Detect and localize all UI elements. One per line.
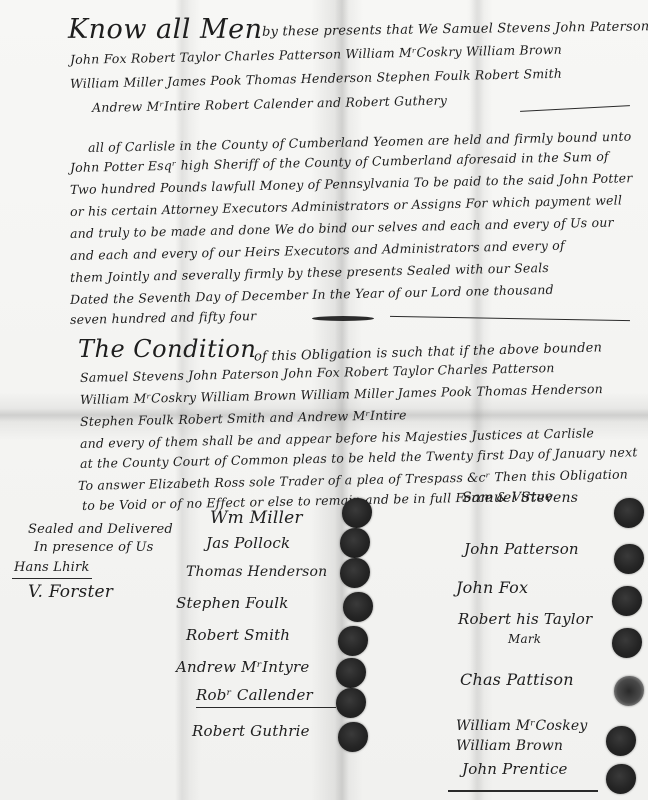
- attestation-line-2: In presence of Us: [34, 540, 154, 555]
- signature-left-2: Jas Pollock: [206, 534, 290, 552]
- signature-left-6: Andrew MʳIntyre: [176, 658, 309, 676]
- signature-left-5: Robert Smith: [186, 626, 290, 644]
- signature-left-4: Stephen Foulk: [176, 594, 289, 612]
- witness-underline: [12, 578, 92, 579]
- witness-signature-2: V. Forster: [28, 582, 113, 602]
- document-heading-opening: Know all Men: [68, 14, 262, 45]
- signature-left-8: Robert Guthrie: [192, 722, 310, 740]
- signature-right-7: William Brown: [456, 738, 563, 754]
- witness-signature-1: Hans Lhirk: [14, 560, 90, 575]
- signature-underline: [196, 707, 336, 708]
- signature-right-3: John Fox: [456, 578, 528, 597]
- signature-right-5: Chas Pattison: [460, 670, 574, 689]
- ink-blot: [312, 316, 374, 321]
- condition-heading-opening: The Condition: [78, 335, 256, 363]
- signature-right-mark: Mark: [508, 632, 541, 646]
- signature-right-4: Robert his Taylor: [458, 610, 592, 628]
- signature-right-8: John Prentice: [462, 760, 568, 778]
- attestation-line-1: Sealed and Delivered: [28, 522, 173, 537]
- signature-right-2: John Patterson: [464, 540, 579, 558]
- signature-right-6: William MʳCoskey: [456, 718, 588, 734]
- signature-right-1: Samuel Stevens: [462, 490, 578, 506]
- signature-underline: [448, 790, 598, 792]
- signature-left-1: Wm Miller: [210, 508, 303, 528]
- signature-left-7: Robʳ Callender: [196, 686, 313, 704]
- signature-left-3: Thomas Henderson: [186, 564, 327, 580]
